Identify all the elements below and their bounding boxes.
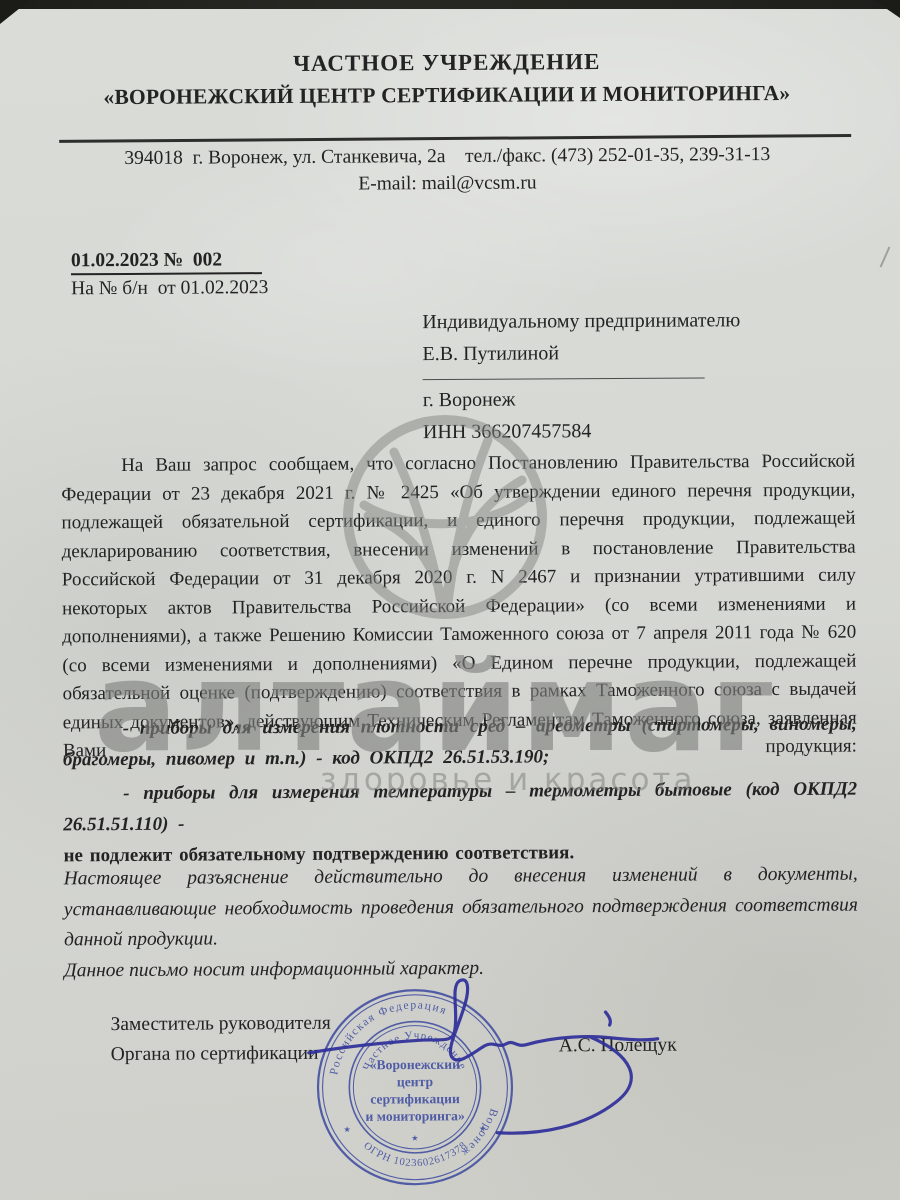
letterhead-address: 394018 г. Воронеж, ул. Станкевича, 2а те…	[27, 143, 867, 170]
watermark-leaf-logo-icon	[338, 410, 552, 624]
handwritten-signature	[300, 971, 705, 1153]
signature-stroke-tick	[606, 1012, 611, 1025]
letterhead-divider	[59, 134, 851, 142]
recipient-line2: Е.В. Путилиной	[422, 336, 740, 370]
signature-stroke-main	[308, 979, 657, 1061]
validity-note: Настоящее разъяснение действительно до в…	[64, 860, 859, 987]
outgoing-number: 01.02.2023 № 002	[71, 249, 262, 275]
org-name-heading: «ВОРОНЕЖСКИЙ ЦЕНТР СЕРТИФИКАЦИИ И МОНИТО…	[27, 80, 867, 110]
watermark-tagline-text: здоровье и красота	[320, 762, 695, 798]
signer-title-line2: Органа по сертификации	[111, 1039, 331, 1070]
signature-stroke-tail	[497, 1037, 632, 1133]
watermark-brand-text: алтаймаг	[94, 646, 777, 770]
note-validity: Настоящее разъяснение действительно до в…	[64, 860, 859, 956]
org-type-heading: ЧАСТНОЕ УЧРЕЖДЕНИЕ	[27, 47, 867, 78]
reference-block: 01.02.2023 № 002 На № б/н от 01.02.2023	[71, 249, 269, 300]
letterhead-email: E-mail: mail@vcsm.ru	[27, 170, 867, 197]
recipient-line1: Индивидуальному предпринимателю	[422, 304, 740, 338]
signer-title-block: Заместитель руководителя Органа по серти…	[110, 1009, 331, 1070]
document-page: ЧАСТНОЕ УЧРЕЖДЕНИЕ «ВОРОНЕЖСКИЙ ЦЕНТР СЕ…	[0, 0, 900, 1200]
recipient-divider	[423, 377, 705, 380]
photo-edge-top	[0, 0, 900, 9]
incoming-number: На № б/н от 01.02.2023	[71, 277, 268, 300]
signer-title-line1: Заместитель руководителя	[110, 1009, 330, 1040]
